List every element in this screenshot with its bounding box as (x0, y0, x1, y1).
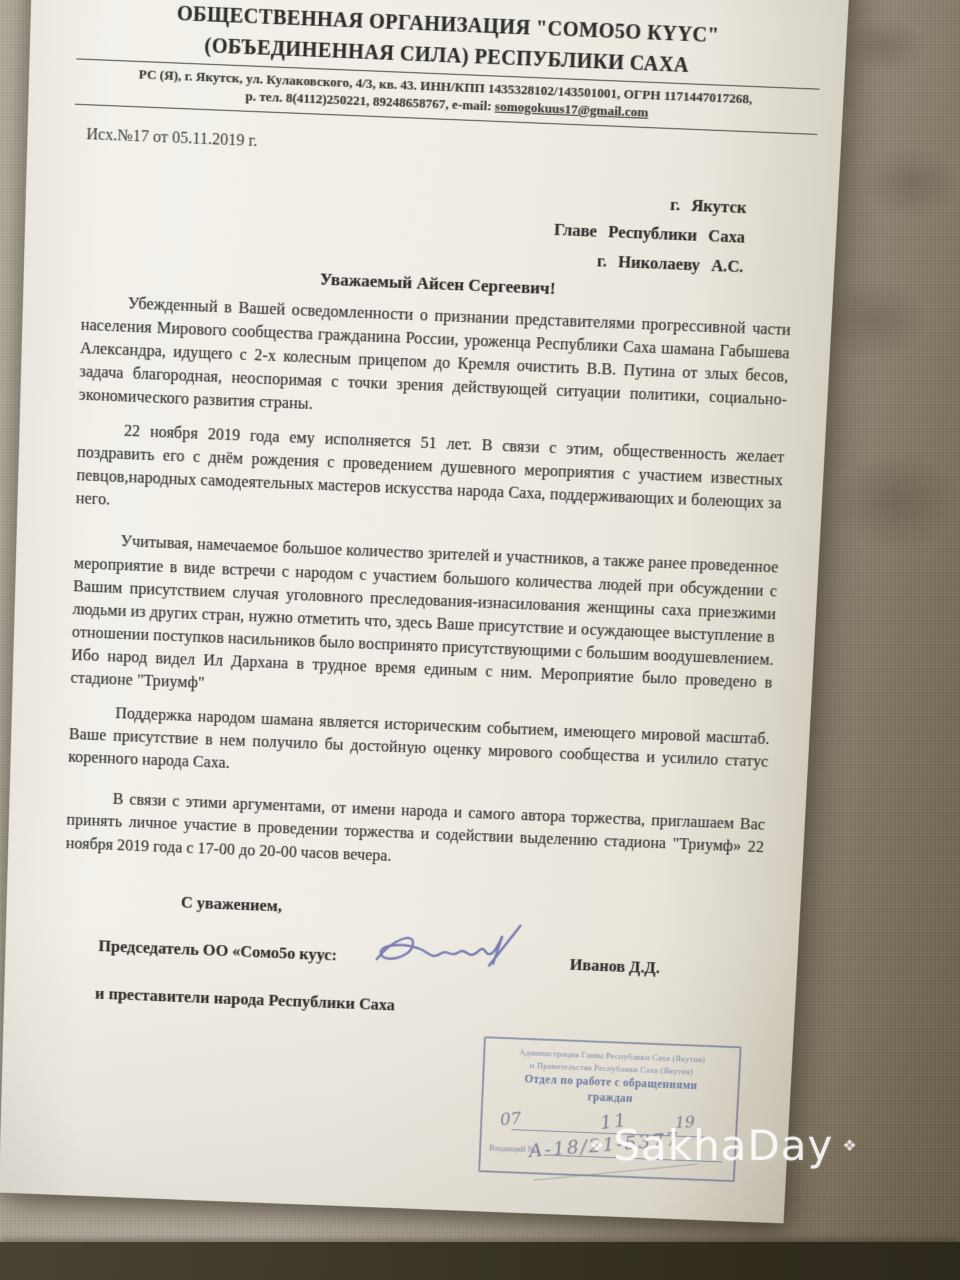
photo-scene: ОБЩЕСТВЕННАЯ ОРГАНИЗАЦИЯ "СОМО5О КҮҮС" (… (0, 0, 960, 1280)
paragraph-4: Поддержка народом шамана является истори… (68, 700, 770, 796)
diamond-ornament-left-icon: ❖ (590, 1136, 604, 1155)
signer-title: Председатель ОО «Сомо5о куус: (63, 935, 338, 965)
signature-scribble-icon (362, 908, 533, 983)
watermark-text: SakhaDay (613, 1121, 833, 1170)
letter-body: Убежденный в Вашей осведомленности о при… (65, 290, 791, 882)
outgoing-ref-number: Исх.№17 от 05.11.2019 г. (86, 126, 800, 173)
table-edge-band (0, 1242, 960, 1280)
sakhaday-watermark: ❖ SakhaDay ❖ (590, 1121, 857, 1170)
closing-block: С уважением, Председатель ОО «Сомо5о куу… (61, 888, 760, 1029)
paragraph-2: 22 ноября 2019 года ему исполняется 51 л… (75, 417, 784, 538)
letter-paper: ОБЩЕСТВЕННАЯ ОРГАНИЗАЦИЯ "СОМО5О КҮҮС" (… (0, 0, 853, 1223)
letterhead: ОБЩЕСТВЕННАЯ ОРГАНИЗАЦИЯ "СОМО5О КҮҮС" (… (87, 0, 807, 134)
signature-row: Председатель ОО «Сомо5о куус: Иванов Д.Д… (62, 921, 758, 996)
handwritten-day: 07 (499, 1109, 522, 1130)
paragraph-3: Учитывая, намечаемое большое количество … (70, 529, 779, 719)
paragraph-1: Убежденный в Вашей осведомленности о при… (78, 290, 791, 436)
signature-ink (362, 908, 533, 988)
diamond-ornament-right-icon: ❖ (842, 1136, 856, 1155)
signer-name: Иванов Д.Д. (569, 955, 660, 978)
paragraph-5: В связи с этими аргументами, от имени на… (65, 786, 765, 882)
